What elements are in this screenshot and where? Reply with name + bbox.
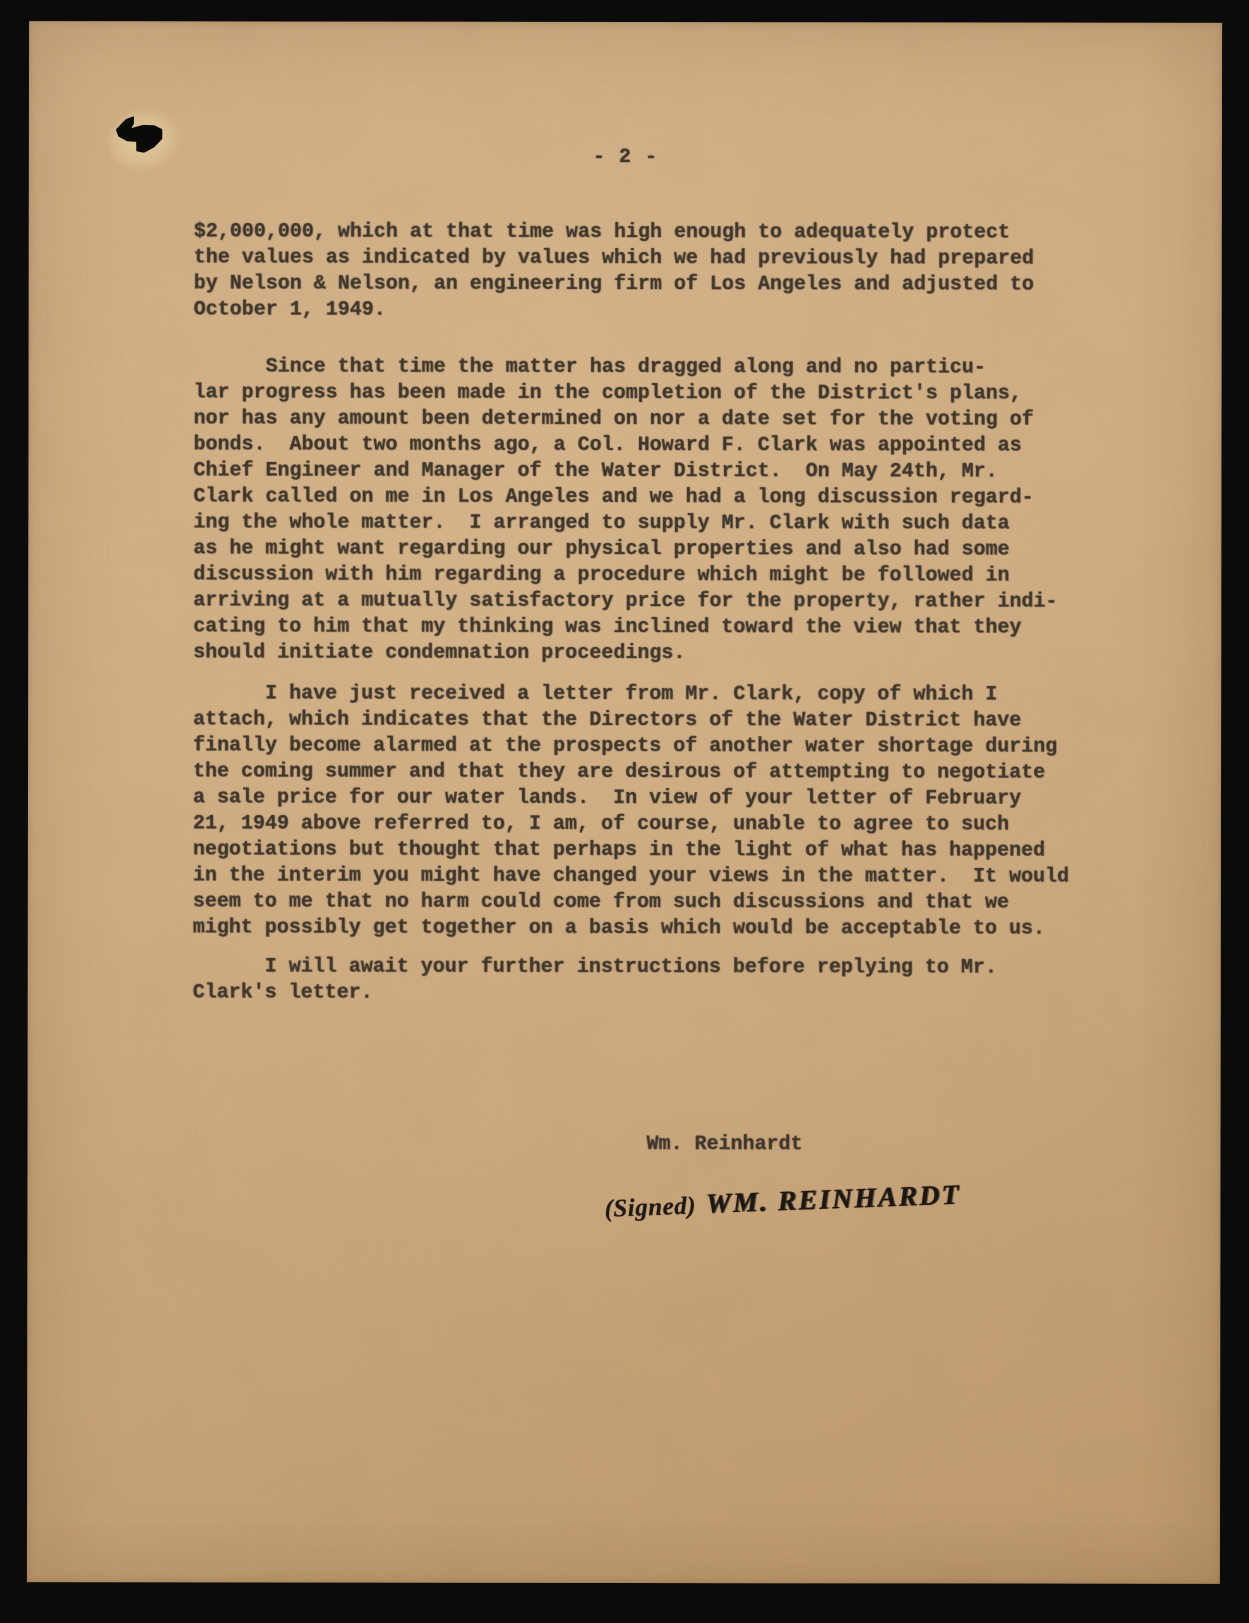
typed-line: in the interim you might have changed yo…: [193, 863, 1069, 890]
paragraph-4: I will await your further instructions b…: [193, 954, 997, 1007]
typed-line: a sale price for our water lands. In vie…: [193, 785, 1069, 812]
typed-line: I will await your further instructions b…: [193, 954, 997, 981]
typed-line: attach, which indicates that the Directo…: [193, 707, 1069, 734]
typed-signature: Wm. Reinhardt: [647, 1132, 803, 1158]
scan-background: - 2 - $2,000,000, which at that time was…: [0, 0, 1249, 1623]
typed-line: lar progress has been made in the comple…: [194, 380, 1058, 407]
signature-stamp: (Signed)WM. REINHARDT: [604, 1179, 961, 1227]
stamp-name: WM. REINHARDT: [705, 1180, 961, 1220]
typed-line: negotiations but thought that perhaps in…: [193, 837, 1069, 864]
paragraph-2: Since that time the matter has dragged a…: [193, 354, 1058, 667]
paragraph-1: $2,000,000, which at that time was high …: [194, 219, 1034, 324]
page-number: - 2 -: [29, 144, 1222, 172]
typed-line: should initiate condemnation proceedings…: [193, 640, 1057, 667]
letter-body: $2,000,000, which at that time was high …: [29, 21, 1222, 23]
typed-line: seem to me that no harm could come from …: [193, 889, 1069, 916]
typed-line: finally become alarmed at the prospects …: [193, 733, 1069, 760]
typed-line: cating to him that my thinking was incli…: [193, 614, 1057, 641]
typed-line: discussion with him regarding a procedur…: [193, 562, 1057, 589]
typed-line: ing the whole matter. I arranged to supp…: [193, 510, 1057, 537]
typed-line: Since that time the matter has dragged a…: [194, 354, 1058, 381]
typed-line: Clark's letter.: [193, 980, 997, 1007]
typed-line: bonds. About two months ago, a Col. Howa…: [193, 432, 1057, 459]
typed-line: Chief Engineer and Manager of the Water …: [193, 458, 1057, 485]
stamp-signed-label: (Signed): [604, 1192, 696, 1222]
typed-line: October 1, 1949.: [194, 297, 1034, 324]
typed-line: might possibly get together on a basis w…: [193, 915, 1069, 942]
typed-line: 21, 1949 above referred to, I am, of cou…: [193, 811, 1069, 838]
paragraph-3: I have just received a letter from Mr. C…: [193, 681, 1070, 942]
typed-line: by Nelson & Nelson, an engineering firm …: [194, 271, 1034, 298]
typed-line: the values as indicated by values which …: [194, 245, 1034, 272]
typed-line: I have just received a letter from Mr. C…: [193, 681, 1069, 708]
typed-line: arriving at a mutually satisfactory pric…: [193, 588, 1057, 615]
typed-line: the coming summer and that they are desi…: [193, 759, 1069, 786]
typed-line: nor has any amount been determined on no…: [194, 406, 1058, 433]
typed-line: $2,000,000, which at that time was high …: [194, 219, 1034, 246]
letter-page: - 2 - $2,000,000, which at that time was…: [27, 21, 1222, 1584]
typed-line: as he might want regarding our physical …: [193, 536, 1057, 563]
typed-line: Clark called on me in Los Angeles and we…: [193, 484, 1057, 511]
